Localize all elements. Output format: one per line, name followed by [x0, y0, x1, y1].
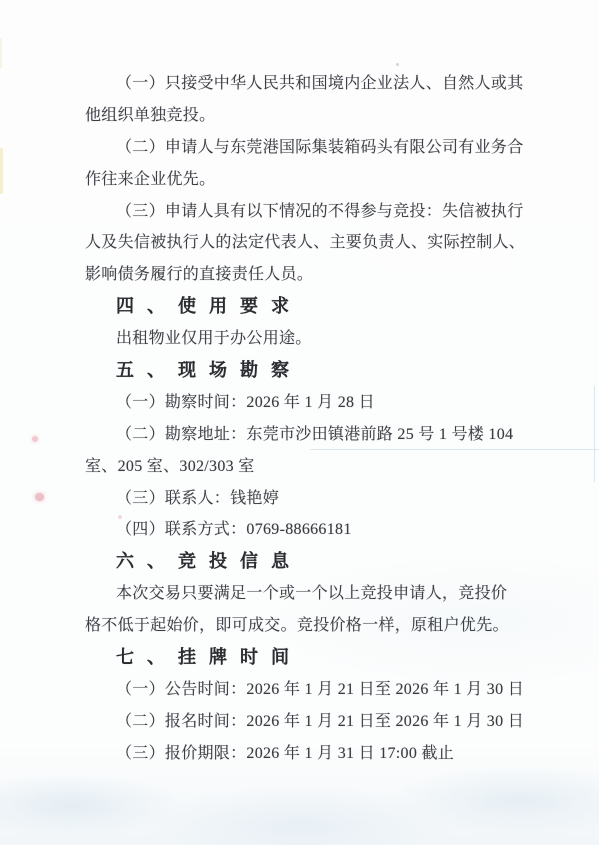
scan-artifact-edge-mark: [0, 38, 2, 68]
text-line: 他组织单独竞投。: [85, 100, 555, 132]
text-line: （三）申请人具有以下情况的不得参与竞投：失信被执行: [85, 196, 555, 228]
scan-artifact-dust-dot: [396, 63, 399, 66]
section-heading: 七、挂牌时间: [85, 642, 555, 674]
text-line: （一）只接受中华人民共和国境内企业法人、自然人或其: [85, 68, 555, 100]
text-line: （二）申请人与东莞港国际集装箱码头有限公司有业务合: [85, 132, 555, 164]
text-line: （三）联系人：钱艳婷: [85, 483, 555, 515]
text-line: 作往来企业优先。: [85, 164, 555, 196]
scan-artifact-vertical-line: [594, 386, 595, 482]
text-line: （三）报价期限：2026 年 1 月 31 日 17:00 截止: [85, 738, 555, 770]
scan-artifact-edge-mark: [0, 148, 3, 194]
document-body: （一）只接受中华人民共和国境内企业法人、自然人或其他组织单独竞投。（二）申请人与…: [85, 68, 555, 770]
text-line: （二）勘察地址：东莞市沙田镇港前路 25 号 1 号楼 104: [85, 419, 555, 451]
scanned-document-page: （一）只接受中华人民共和国境内企业法人、自然人或其他组织单独竞投。（二）申请人与…: [0, 0, 599, 845]
text-line: （一）勘察时间：2026 年 1 月 28 日: [85, 387, 555, 419]
scan-artifact-pink-speck: [35, 493, 44, 501]
text-line: （二）报名时间：2026 年 1 月 21 日至 2026 年 1 月 30 日: [85, 706, 555, 738]
scan-artifact-pink-speck: [32, 436, 38, 442]
text-line: 人及失信被执行人的法定代表人、主要负责人、实际控制人、: [85, 227, 555, 259]
text-line: （一）公告时间：2026 年 1 月 21 日至 2026 年 1 月 30 日: [85, 674, 555, 706]
text-line: （四）联系方式：0769-88666181: [85, 514, 555, 546]
section-heading: 五、现场勘察: [85, 355, 555, 387]
section-heading: 四、使用要求: [85, 291, 555, 323]
text-line: 影响债务履行的直接责任人员。: [85, 259, 555, 291]
text-line: 本次交易只要满足一个或一个以上竞投申请人，竞投价: [85, 578, 555, 610]
text-line: 格不低于起始价，即可成交。竞投价格一样，原租户优先。: [85, 610, 555, 642]
text-line: 出租物业仅用于办公用途。: [85, 323, 555, 355]
text-line: 室、205 室、302/303 室: [85, 451, 555, 483]
section-heading: 六、竞投信息: [85, 546, 555, 578]
